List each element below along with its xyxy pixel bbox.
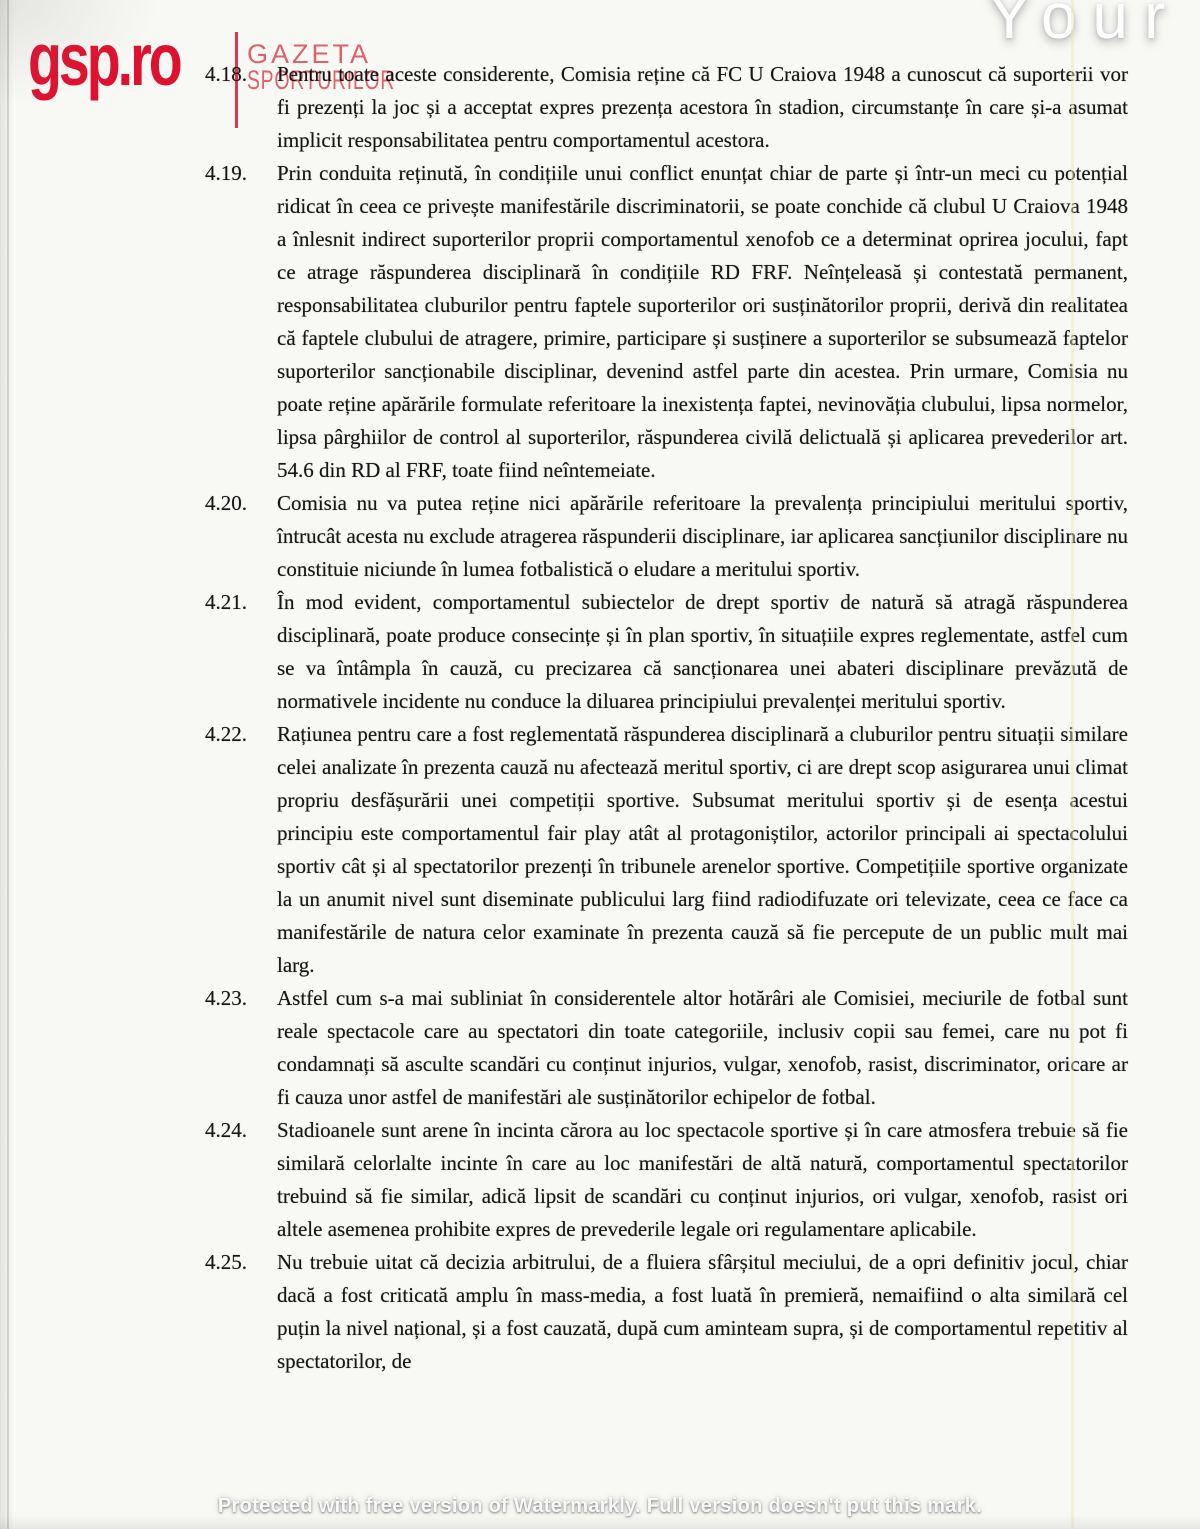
paragraph-number: 4.21. [205, 586, 277, 718]
paragraph-text: Prin conduita reținută, în condițiile un… [277, 157, 1128, 487]
paragraph-4-21: 4.21.În mod evident, comportamentul subi… [205, 586, 1128, 718]
paragraph-4-24: 4.24.Stadioanele sunt arene în incinta c… [205, 1114, 1128, 1246]
watermark-top-right: Your [988, 0, 1181, 48]
watermark-bottom-notice: Protected with free version of Watermark… [0, 1495, 1200, 1518]
paragraph-number: 4.20. [205, 487, 277, 586]
paragraph-4-22: 4.22.Rațiunea pentru care a fost regleme… [205, 718, 1128, 982]
paragraph-4-20: 4.20.Comisia nu va putea reține nici apă… [205, 487, 1128, 586]
paragraph-text: Stadioanele sunt arene în incinta cărora… [277, 1114, 1128, 1246]
paragraph-number: 4.24. [205, 1114, 277, 1246]
paragraph-number: 4.18. [205, 58, 277, 157]
paragraph-number: 4.19. [205, 157, 277, 487]
paragraph-text: Pentru toate aceste considerente, Comisi… [277, 58, 1128, 157]
paragraph-4-23: 4.23.Astfel cum s-a mai subliniat în con… [205, 982, 1128, 1114]
paragraph-4-19: 4.19.Prin conduita reținută, în condiții… [205, 157, 1128, 487]
paragraph-text: Comisia nu va putea reține nici apărăril… [277, 487, 1128, 586]
paragraph-text: Rațiunea pentru care a fost reglementată… [277, 718, 1128, 982]
paragraph-number: 4.23. [205, 982, 277, 1114]
paragraph-list: 4.18.Pentru toate aceste considerente, C… [205, 58, 1128, 1378]
paragraph-number: 4.22. [205, 718, 277, 982]
document-page: 4.18.Pentru toate aceste considerente, C… [0, 0, 1200, 1529]
gsp-logo-wordmark: gsp.ro [28, 23, 180, 97]
paragraph-text: Astfel cum s-a mai subliniat în consider… [277, 982, 1128, 1114]
paragraph-4-25: 4.25.Nu trebuie uitat că decizia arbitru… [205, 1246, 1128, 1378]
paragraph-text: Nu trebuie uitat că decizia arbitrului, … [277, 1246, 1128, 1378]
paragraph-4-18: 4.18.Pentru toate aceste considerente, C… [205, 58, 1128, 157]
paragraph-number: 4.25. [205, 1246, 277, 1378]
paragraph-text: În mod evident, comportamentul subiectel… [277, 586, 1128, 718]
